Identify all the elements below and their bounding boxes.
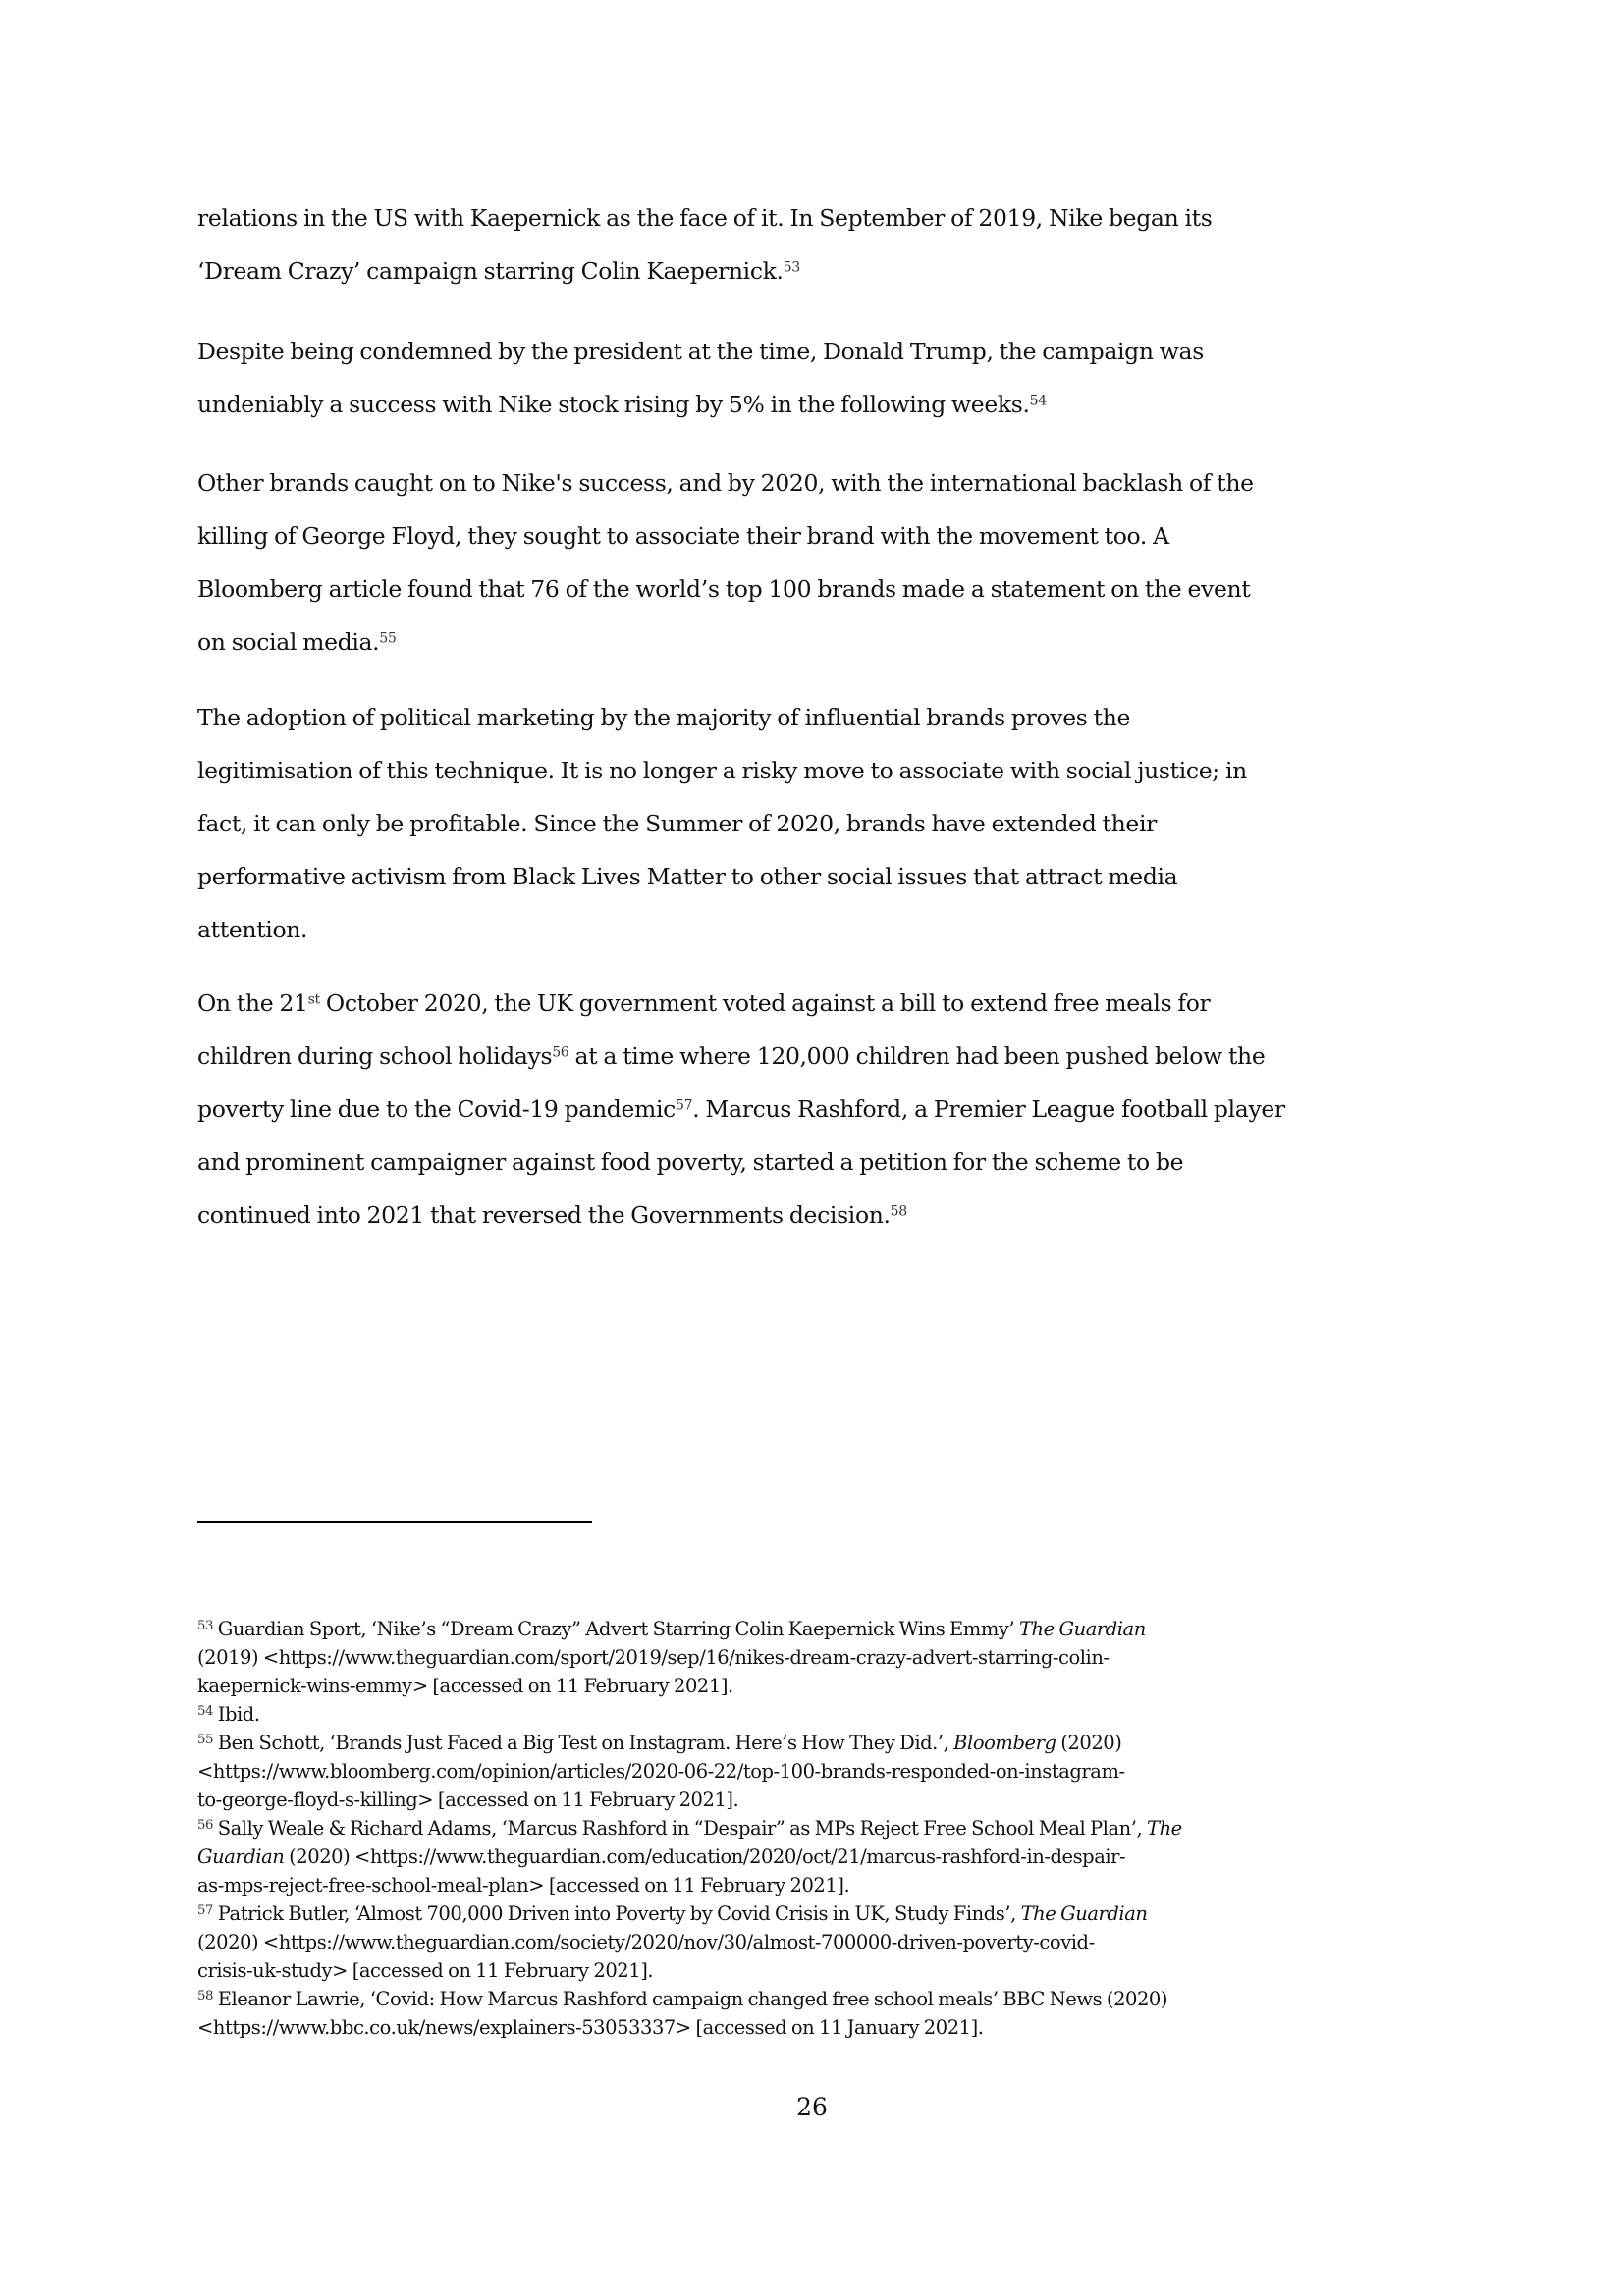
footnote-url[interactable]: <https://www.bloomberg.com/opinion/artic… [197,1760,1125,1783]
footnote-56-line: Guardian (2020) <https://www.theguardian… [197,1845,1125,1868]
document-page: relations in the US with Kaepernick as t… [0,0,1624,2296]
page-number: 26 [0,2093,1624,2121]
ordinal-suffix: st [308,991,320,1007]
footnote-number: 53 [197,1619,213,1633]
footnote-number: 57 [197,1903,213,1918]
paragraph-line: undeniably a success with Nike stock ris… [197,391,1047,418]
line-text: poverty line due to the Covid-19 pandemi… [197,1095,676,1123]
footnote-53-line: (2019) <https://www.theguardian.com/spor… [197,1646,1110,1669]
footnote-url[interactable]: to-george-floyd-s-killing> [accessed on … [197,1789,738,1811]
paragraph-line: legitimisation of this technique. It is … [197,757,1247,784]
line-text: Despite being condemned by the president… [197,338,1204,365]
paragraph-line: continued into 2021 that reversed the Go… [197,1201,907,1229]
line-text: fact, it can only be profitable. Since t… [197,810,1157,837]
line-text: performative activism from Black Lives M… [197,863,1177,890]
footnote-url[interactable]: kaepernick-wins-emmy> [accessed on 11 Fe… [197,1675,733,1697]
publication-title: Guardian [197,1845,284,1868]
publication-title: The Guardian [1019,1618,1146,1640]
footnote-55-line: <https://www.bloomberg.com/opinion/artic… [197,1760,1125,1783]
line-text: Other brands caught on to Nike's success… [197,469,1254,497]
paragraph-line: The adoption of political marketing by t… [197,704,1130,731]
paragraph-line: relations in the US with Kaepernick as t… [197,204,1212,232]
line-text: legitimisation of this technique. It is … [197,757,1247,784]
footnote-url[interactable]: crisis-uk-study> [accessed on 11 Februar… [197,1959,653,1982]
footnote-53: 53 Guardian Sport, ‘Nike’s “Dream Crazy”… [197,1618,1146,1640]
line-text: on social media. [197,628,379,656]
footnote-number: 58 [197,1989,213,2003]
footnote-text: Eleanor Lawrie, ‘Covid: How Marcus Rashf… [213,1988,1167,2010]
line-text: killing of George Floyd, they sought to … [197,522,1169,550]
paragraph-line: Other brands caught on to Nike's success… [197,469,1254,497]
line-text: Bloomberg article found that 76 of the w… [197,575,1250,603]
line-text: October 2020, the UK government voted ag… [320,989,1211,1017]
line-text: and prominent campaigner against food po… [197,1148,1183,1176]
paragraph-line: performative activism from Black Lives M… [197,863,1177,890]
publication-title: The [1147,1817,1182,1840]
footnote-text: Ben Schott, ‘Brands Just Faced a Big Tes… [213,1732,953,1754]
line-text: undeniably a success with Nike stock ris… [197,391,1030,418]
footnote-ref-56[interactable]: 56 [552,1044,568,1060]
paragraph-line: and prominent campaigner against food po… [197,1148,1183,1176]
footnote-56-line: as-mps-reject-free-school-meal-plan> [ac… [197,1874,849,1896]
footnote-text: Guardian Sport, ‘Nike’s “Dream Crazy” Ad… [213,1618,1019,1640]
line-text: continued into 2021 that reversed the Go… [197,1201,891,1229]
footnote-58-line: <https://www.bbc.co.uk/news/explainers-5… [197,2016,984,2039]
footnote-55: 55 Ben Schott, ‘Brands Just Faced a Big … [197,1732,1121,1754]
footnote-text: (2020) [1056,1732,1122,1754]
line-text: The adoption of political marketing by t… [197,704,1130,731]
line-text: relations in the US with Kaepernick as t… [197,204,1212,232]
line-text: children during school holidays [197,1042,552,1070]
line-text: ‘Dream Crazy’ campaign starring Colin Ka… [197,257,784,285]
footnote-number: 56 [197,1818,213,1833]
footnote-separator [197,1521,592,1523]
footnote-text: Sally Weale & Richard Adams, ‘Marcus Ras… [213,1817,1147,1840]
paragraph-line: ‘Dream Crazy’ campaign starring Colin Ka… [197,257,800,285]
footnote-56: 56 Sally Weale & Richard Adams, ‘Marcus … [197,1817,1182,1840]
footnote-number: 54 [197,1704,213,1719]
footnote-url[interactable]: (2019) <https://www.theguardian.com/spor… [197,1646,1110,1669]
footnote-54: 54 Ibid. [197,1703,260,1726]
footnote-53-line: kaepernick-wins-emmy> [accessed on 11 Fe… [197,1675,733,1697]
footnote-url[interactable]: (2020) <https://www.theguardian.com/educ… [284,1845,1125,1868]
paragraph-line: children during school holidays56 at a t… [197,1042,1265,1070]
footnote-ref-54[interactable]: 54 [1030,393,1047,408]
footnote-57: 57 Patrick Butler, ‘Almost 700,000 Drive… [197,1902,1148,1925]
footnote-ref-57[interactable]: 57 [676,1097,692,1113]
publication-title: Bloomberg [953,1732,1056,1754]
footnote-57-line: crisis-uk-study> [accessed on 11 Februar… [197,1959,653,1982]
paragraph-line: on social media.55 [197,628,397,656]
footnote-ref-55[interactable]: 55 [379,630,396,646]
footnote-url[interactable]: <https://www.bbc.co.uk/news/explainers-5… [197,2016,984,2039]
paragraph-line: killing of George Floyd, they sought to … [197,522,1169,550]
paragraph-line: fact, it can only be profitable. Since t… [197,810,1157,837]
paragraph-line: poverty line due to the Covid-19 pandemi… [197,1095,1285,1123]
footnote-text: Patrick Butler, ‘Almost 700,000 Driven i… [213,1902,1021,1925]
footnote-58: 58 Eleanor Lawrie, ‘Covid: How Marcus Ra… [197,1988,1167,2010]
line-text: attention. [197,916,307,943]
paragraph-line: Bloomberg article found that 76 of the w… [197,575,1250,603]
footnote-url[interactable]: as-mps-reject-free-school-meal-plan> [ac… [197,1874,849,1896]
footnote-text: Ibid. [213,1703,260,1726]
footnote-57-line: (2020) <https://www.theguardian.com/soci… [197,1931,1095,1953]
publication-title: The Guardian [1021,1902,1148,1925]
footnote-number: 55 [197,1733,213,1747]
paragraph-line: On the 21st October 2020, the UK governm… [197,989,1210,1017]
footnote-55-line: to-george-floyd-s-killing> [accessed on … [197,1789,738,1811]
paragraph-line: attention. [197,916,307,943]
footnote-url[interactable]: (2020) <https://www.theguardian.com/soci… [197,1931,1095,1953]
line-text: at a time where 120,000 children had bee… [568,1042,1265,1070]
paragraph-line: Despite being condemned by the president… [197,338,1204,365]
footnote-ref-53[interactable]: 53 [784,259,800,275]
line-text: . Marcus Rashford, a Premier League foot… [692,1095,1285,1123]
line-text: On the 21 [197,989,308,1017]
footnote-ref-58[interactable]: 58 [891,1203,907,1219]
